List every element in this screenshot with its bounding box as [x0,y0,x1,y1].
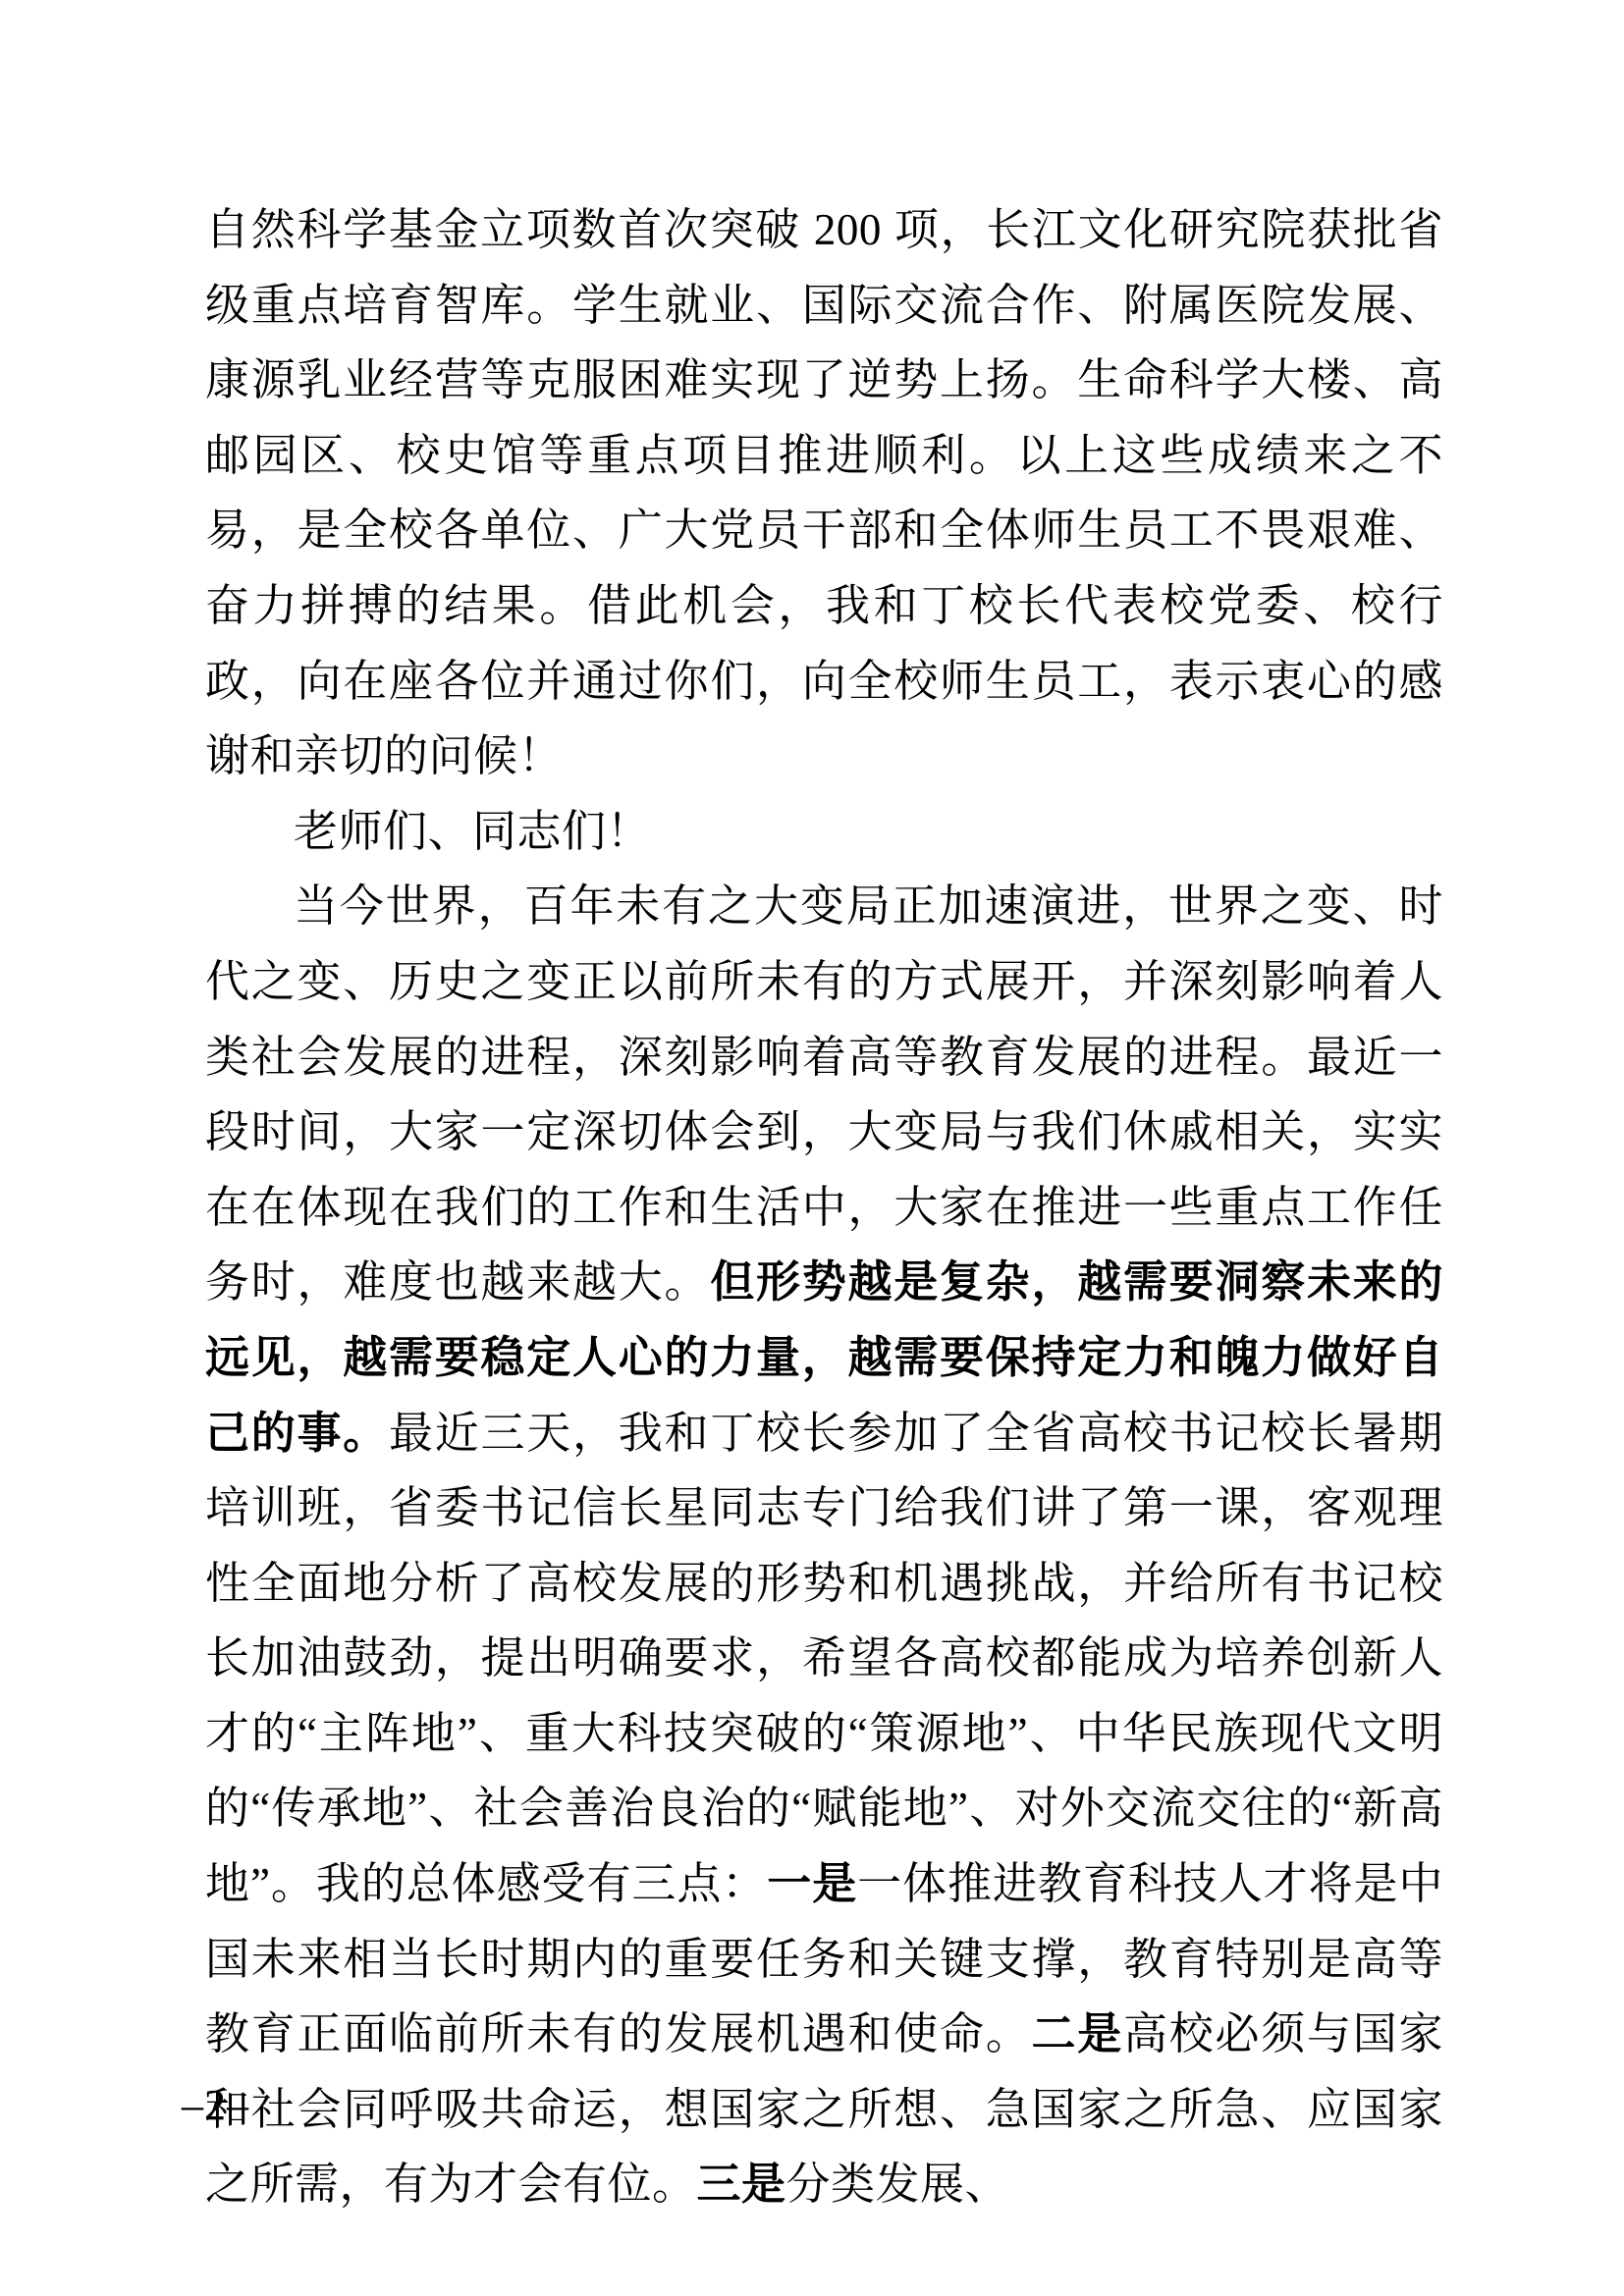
text-run: 老师们、同志们！ [294,807,651,856]
paragraph-1: 自然科学基金立项数首次突破 200 项，长江文化研究院获批省级重点培育智库。学生… [205,192,1443,794]
paragraph-2-salutation: 老师们、同志们！ [205,794,1443,870]
text-run: 分类发展、 [786,2160,1010,2209]
body-text: 自然科学基金立项数首次突破 200 项，长江文化研究院获批省级重点培育智库。学生… [205,192,1443,2222]
text-run-bold-point-two: 二是 [1031,2009,1123,2058]
document-page: 自然科学基金立项数首次突破 200 项，长江文化研究院获批省级重点培育智库。学生… [0,0,1624,2296]
text-run-bold-point-one: 一是 [767,1859,857,1908]
text-run: 最近三天，我和丁校长参加了全省高校书记校长暑期培训班，省委书记信长星同志专门给我… [205,1409,1443,1909]
paragraph-3: 当今世界，百年未有之大变局正加速演进，世界之变、时代之变、历史之变正以前所未有的… [205,869,1443,2222]
text-run-bold-point-three: 三是 [697,2160,786,2209]
text-run: 自然科学基金立项数首次突破 200 项，长江文化研究院获批省级重点培育智库。学生… [205,205,1443,780]
page-number: –2– [182,2081,249,2130]
text-run: 当今世界，百年未有之大变局正加速演进，世界之变、时代之变、历史之变正以前所未有的… [205,881,1443,1307]
